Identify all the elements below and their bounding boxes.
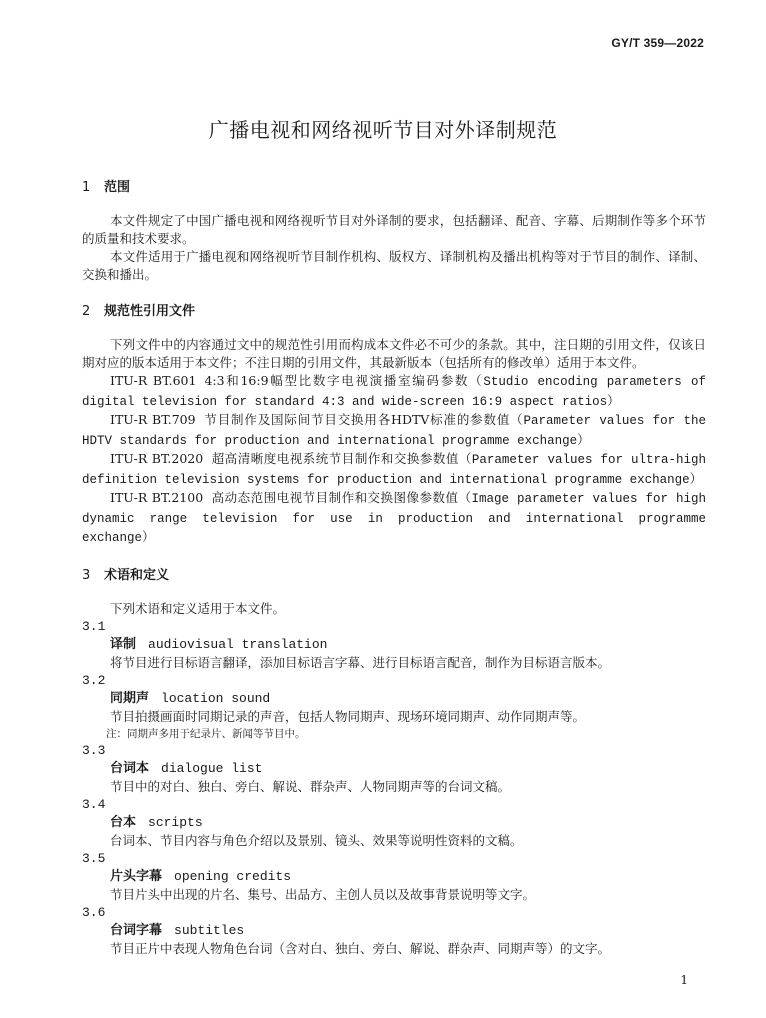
section-title: 术语和定义 xyxy=(104,568,169,583)
term-entry: 3.1 译制audiovisual translation 将节目进行目标语言翻… xyxy=(82,618,706,672)
term-zh: 译制 xyxy=(110,637,136,652)
term-zh: 同期声 xyxy=(110,691,149,706)
term-entry: 3.4 台本scripts 台词本、节目内容与角色介绍以及景别、镜头、效果等说明… xyxy=(82,796,706,850)
document-title: 广播电视和网络视听节目对外译制规范 xyxy=(0,114,766,143)
term-number: 3.3 xyxy=(82,742,706,760)
term-definition: 节目中的对白、独白、旁白、解说、群杂声、人物同期声等的台词文稿。 xyxy=(82,778,706,796)
standard-code: GY/T 359—2022 xyxy=(611,36,704,50)
reference-title-zh: 高动态范围电视节目制作和交换图像参数值 xyxy=(211,490,458,505)
page-number: 1 xyxy=(680,973,688,987)
section-number: 3 xyxy=(82,566,104,586)
term-en: dialogue list xyxy=(161,761,262,776)
reference-title-zh: 节目制作及国际间节目交换用各HDTV标准的参数值 xyxy=(204,412,511,427)
term-entry: 3.2 同期声location sound 节目拍摄画面时同期记录的声音，包括人… xyxy=(82,672,706,742)
term-definition: 节目正片中表现人物角色台词（含对白、独白、旁白、解说、群杂声、同期声等）的文字。 xyxy=(82,940,706,958)
term-number: 3.6 xyxy=(82,904,706,922)
term-en: subtitles xyxy=(174,923,244,938)
scope-paragraph: 本文件适用于广播电视和网络视听节目制作机构、版权方、译制机构及播出机构等对于节目… xyxy=(82,248,706,284)
reference-item: ITU-R BT.6014:3和16:9幅型比数字电视演播室编码参数（Studi… xyxy=(82,372,706,411)
term-definition: 将节目进行目标语言翻译，添加目标语言字幕、进行目标语言配音，制作为目标语言版本。 xyxy=(82,654,706,672)
term-en: opening credits xyxy=(174,869,291,884)
reference-code: ITU-R BT.709 xyxy=(110,412,196,427)
term-en: audiovisual translation xyxy=(148,637,327,652)
references-intro: 下列文件中的内容通过文中的规范性引用而构成本文件必不可少的条款。其中，注日期的引… xyxy=(82,336,706,372)
term-zh: 片头字幕 xyxy=(110,869,162,884)
section-heading-normative-references: 2规范性引用文件 xyxy=(82,302,706,322)
term-zh: 台词字幕 xyxy=(110,923,162,938)
term-zh: 台词本 xyxy=(110,761,149,776)
document-body: 1范围 本文件规定了中国广播电视和网络视听节目对外译制的要求，包括翻译、配音、字… xyxy=(82,178,706,958)
section-heading-scope: 1范围 xyxy=(82,178,706,198)
terms-intro: 下列术语和定义适用于本文件。 xyxy=(82,600,706,618)
term-entry: 3.3 台词本dialogue list 节目中的对白、独白、旁白、解说、群杂声… xyxy=(82,742,706,796)
section-title: 规范性引用文件 xyxy=(104,304,195,319)
term-entry: 3.5 片头字幕opening credits 节目片头中出现的片名、集号、出品… xyxy=(82,850,706,904)
scope-paragraph: 本文件规定了中国广播电视和网络视听节目对外译制的要求，包括翻译、配音、字幕、后期… xyxy=(82,212,706,248)
term-number: 3.1 xyxy=(82,618,706,636)
reference-title-zh: 4:3和16:9幅型比数字电视演播室编码参数 xyxy=(204,373,469,388)
reference-item: ITU-R BT.2020超高清晰度电视系统节目制作和交换参数值（Paramet… xyxy=(82,450,706,489)
term-number: 3.2 xyxy=(82,672,706,690)
reference-code: ITU-R BT.2020 xyxy=(110,451,203,466)
reference-item: ITU-R BT.2100高动态范围电视节目制作和交换图像参数值（Image p… xyxy=(82,489,706,548)
section-title: 范围 xyxy=(104,180,130,195)
term-en: scripts xyxy=(148,815,203,830)
section-number: 2 xyxy=(82,302,104,322)
term-note: 注：同期声多用于纪录片、新闻等节目中。 xyxy=(82,726,706,742)
term-definition: 台词本、节目内容与角色介绍以及景别、镜头、效果等说明性资料的文稿。 xyxy=(82,832,706,850)
term-zh: 台本 xyxy=(110,815,136,830)
term-entry: 3.6 台词字幕subtitles 节目正片中表现人物角色台词（含对白、独白、旁… xyxy=(82,904,706,958)
reference-code: ITU-R BT.2100 xyxy=(110,490,203,505)
term-en: location sound xyxy=(161,691,270,706)
reference-title-zh: 超高清晰度电视系统节目制作和交换参数值 xyxy=(211,451,459,466)
term-number: 3.4 xyxy=(82,796,706,814)
section-heading-terms: 3术语和定义 xyxy=(82,566,706,586)
section-number: 1 xyxy=(82,178,104,198)
reference-item: ITU-R BT.709节目制作及国际间节目交换用各HDTV标准的参数值（Par… xyxy=(82,411,706,450)
term-definition: 节目拍摄画面时同期记录的声音，包括人物同期声、现场环境同期声、动作同期声等。 xyxy=(82,708,706,726)
term-number: 3.5 xyxy=(82,850,706,868)
term-definition: 节目片头中出现的片名、集号、出品方、主创人员以及故事背景说明等文字。 xyxy=(82,886,706,904)
reference-code: ITU-R BT.601 xyxy=(110,373,196,388)
